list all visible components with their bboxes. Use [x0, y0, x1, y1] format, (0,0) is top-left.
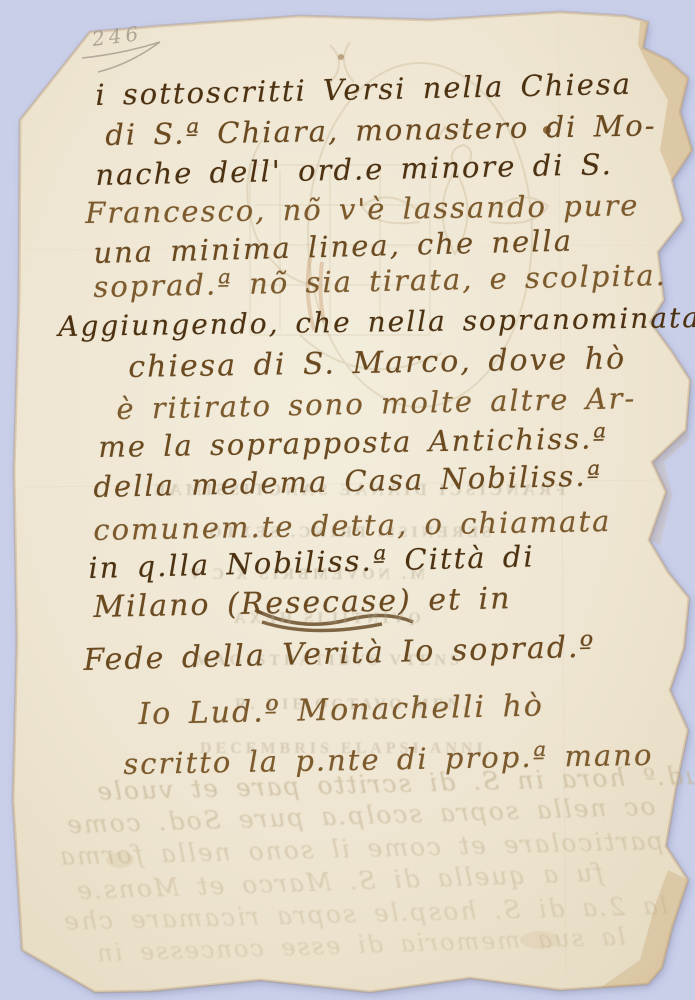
- manuscript-line: me la soprapposta Antichiss.ª: [98, 421, 608, 464]
- manuscript-line: della medema Casa Nobiliss.ª: [93, 458, 603, 504]
- manuscript-line: Aggiungendo, che nella sopranominata: [58, 301, 695, 343]
- manuscript-line: nache dell' ord.e minore di S.: [95, 147, 613, 192]
- manuscript-line: di S.ª Chiara, monastero di Mo-: [105, 108, 657, 152]
- manuscript-line: chiesa di S. Marco, dove hò: [128, 341, 626, 385]
- manuscript-scan: FRANCISCI DIANAE SANCTISSIMAESERENISS. P…: [0, 0, 695, 1000]
- manuscript-line: in q.lla Nobiliss.ª Città di: [88, 539, 535, 585]
- manuscript-line: Fede della Verità Io soprad.º: [83, 630, 596, 678]
- manuscript-line: Io Lud.º Monachelli hò: [138, 689, 544, 732]
- manuscript-line: Milano (Resecase) et in: [93, 581, 512, 625]
- handwriting-layer: i sottoscritti Versi nella Chiesadi S.ª …: [0, 0, 695, 1000]
- manuscript-line: scritto la p.nte di prop.ª mano: [123, 738, 654, 781]
- manuscript-line: è ritirato sono molte altre Ar-: [116, 381, 637, 426]
- manuscript-line: i sottoscritti Versi nella Chiesa: [95, 67, 632, 112]
